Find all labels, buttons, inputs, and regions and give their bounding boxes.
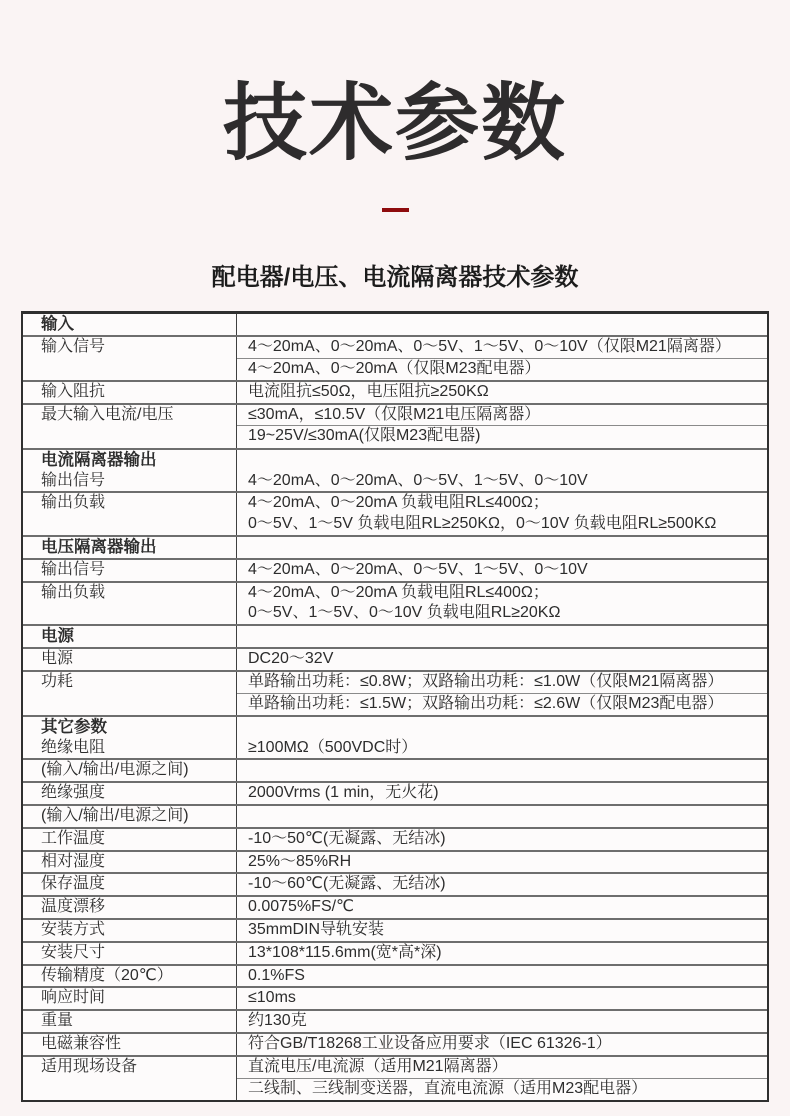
table-row: 输出信号4～20mA、0～20mA、0～5V、1～5V、0～10V: [23, 558, 767, 581]
table-row: 安装尺寸13*108*115.6mm(宽*高*深): [23, 941, 767, 964]
row-value: 0～5V、1～5V、0～10V 负载电阻RL≥20KΩ: [237, 603, 767, 624]
row-value: 电流阻抗≤50Ω，电压阻抗≥250KΩ: [237, 382, 767, 403]
row-value: 4～20mA、0～20mA、0～5V、1～5V、0～10V: [237, 560, 767, 581]
row-label: 输出信号: [41, 560, 232, 581]
row-value-cell: -10～50℃(无凝露、无结冰): [237, 829, 767, 850]
table-row: 传输精度（20℃）0.1%FS: [23, 964, 767, 987]
row-value: 13*108*115.6mm(宽*高*深): [237, 943, 767, 964]
row-value-cell: 25%～85%RH: [237, 852, 767, 873]
table-row: 输出负载4～20mA、0～20mA 负载电阻RL≤400Ω；0～5V、1～5V …: [23, 491, 767, 535]
row-value-cell: 0.0075%FS/℃: [237, 897, 767, 918]
table-row: 适用现场设备直流电压/电流源（适用M21隔离器）二线制、三线制变送器，直流电流源…: [23, 1055, 767, 1100]
row-value: [237, 626, 767, 647]
row-label-cell: 工作温度: [23, 829, 237, 850]
row-value-cell: DC20～32V: [237, 649, 767, 670]
row-label: 绝缘电阻: [41, 738, 232, 759]
row-value-cell: 电流阻抗≤50Ω，电压阻抗≥250KΩ: [237, 382, 767, 403]
row-value-cell: 4～20mA、0～20mA、0～5V、1～5V、0～10V: [237, 560, 767, 581]
row-label-cell: 输入: [23, 314, 237, 335]
row-value: 直流电压/电流源（适用M21隔离器）: [237, 1057, 767, 1078]
row-label: 温度漂移: [41, 897, 232, 918]
row-value-cell: 直流电压/电流源（适用M21隔离器）二线制、三线制变送器，直流电流源（适用M23…: [237, 1057, 767, 1100]
row-label-cell: 响应时间: [23, 988, 237, 1009]
row-value-cell: [237, 537, 767, 558]
row-label: 电磁兼容性: [41, 1034, 232, 1055]
row-label-cell: 保存温度: [23, 874, 237, 895]
row-label-cell: 最大输入电流/电压: [23, 405, 237, 448]
row-label: 相对湿度: [41, 852, 232, 873]
row-label-cell: 传输精度（20℃）: [23, 966, 237, 987]
row-value: 单路输出功耗：≤0.8W；双路输出功耗：≤1.0W（仅限M21隔离器）: [237, 672, 767, 693]
row-value: 4～20mA、0～20mA 负载电阻RL≤400Ω；: [237, 493, 767, 514]
row-value: [237, 314, 767, 335]
row-value: ≤10ms: [237, 988, 767, 1009]
row-label-cell: 输出信号: [23, 560, 237, 581]
table-row: 电源: [23, 624, 767, 647]
row-value-cell: 4～20mA、0～20mA 负载电阻RL≤400Ω；0～5V、1～5V 负载电阻…: [237, 493, 767, 535]
row-value-cell: [237, 314, 767, 335]
row-value: 25%～85%RH: [237, 852, 767, 873]
row-label: 输出负载: [41, 493, 232, 514]
row-value: ≤30mA，≤10.5V（仅限M21电压隔离器）: [237, 405, 767, 426]
row-label-cell: (输入/输出/电源之间): [23, 806, 237, 827]
row-value: 符合GB/T18268工业设备应用要求（IEC 61326-1）: [237, 1034, 767, 1055]
row-label-cell: 重量: [23, 1011, 237, 1032]
row-label-cell: 安装方式: [23, 920, 237, 941]
spec-table: 输入输入信号4～20mA、0～20mA、0～5V、1～5V、0～10V（仅限M2…: [21, 311, 769, 1102]
row-value-cell: 2000Vrms (1 min，无火花): [237, 783, 767, 804]
row-label-cell: 电流隔离器输出输出信号: [23, 450, 237, 492]
section-title: 输入: [41, 314, 232, 335]
row-label-cell: 温度漂移: [23, 897, 237, 918]
row-label-cell: 绝缘强度: [23, 783, 237, 804]
row-label: 响应时间: [41, 988, 232, 1009]
table-row: 其它参数绝缘电阻≥100MΩ（500VDC时）: [23, 715, 767, 759]
row-value: ≥100MΩ（500VDC时）: [237, 738, 767, 759]
table-row: 功耗单路输出功耗：≤0.8W；双路输出功耗：≤1.0W（仅限M21隔离器）单路输…: [23, 670, 767, 715]
row-value-cell: ≤30mA，≤10.5V（仅限M21电压隔离器）19~25V/≤30mA(仅限M…: [237, 405, 767, 448]
row-value: 约130克: [237, 1011, 767, 1032]
row-label-cell: 其它参数绝缘电阻: [23, 717, 237, 759]
row-label-cell: 适用现场设备: [23, 1057, 237, 1100]
row-label: 功耗: [41, 672, 232, 693]
table-row: 响应时间≤10ms: [23, 986, 767, 1009]
row-value-cell: 约130克: [237, 1011, 767, 1032]
row-label-cell: 输入信号: [23, 337, 237, 380]
row-label-cell: 相对湿度: [23, 852, 237, 873]
row-value-cell: 0.1%FS: [237, 966, 767, 987]
row-label-cell: (输入/输出/电源之间): [23, 760, 237, 781]
row-value-cell: 13*108*115.6mm(宽*高*深): [237, 943, 767, 964]
row-label: (输入/输出/电源之间): [41, 760, 232, 781]
row-value: 单路输出功耗：≤1.5W；双路输出功耗：≤2.6W（仅限M23配电器）: [237, 693, 767, 715]
table-row: 安装方式35mmDIN导轨安装: [23, 918, 767, 941]
row-label-cell: 电源: [23, 649, 237, 670]
table-row: 输入阻抗电流阻抗≤50Ω，电压阻抗≥250KΩ: [23, 380, 767, 403]
row-label: 输出信号: [41, 471, 232, 492]
row-label-cell: 功耗: [23, 672, 237, 715]
row-value: 0.0075%FS/℃: [237, 897, 767, 918]
table-row: (输入/输出/电源之间): [23, 758, 767, 781]
section-title: 其它参数: [41, 717, 232, 738]
row-label-cell: 输入阻抗: [23, 382, 237, 403]
row-value-cell: [237, 626, 767, 647]
row-label-cell: 电源: [23, 626, 237, 647]
row-label-cell: 输出负载: [23, 583, 237, 625]
table-row: 电压隔离器输出: [23, 535, 767, 558]
row-label: 安装尺寸: [41, 943, 232, 964]
row-value: 4～20mA、0～20mA 负载电阻RL≤400Ω；: [237, 583, 767, 604]
row-label: 重量: [41, 1011, 232, 1032]
row-value-cell: 35mmDIN导轨安装: [237, 920, 767, 941]
row-label: 传输精度（20℃）: [41, 966, 232, 987]
row-value-cell: 4～20mA、0～20mA、0～5V、1～5V、0～10V: [237, 450, 767, 492]
row-label: 安装方式: [41, 920, 232, 941]
row-value-cell: 单路输出功耗：≤0.8W；双路输出功耗：≤1.0W（仅限M21隔离器）单路输出功…: [237, 672, 767, 715]
row-value: [237, 806, 767, 827]
table-row: 重量约130克: [23, 1009, 767, 1032]
page-title: 技术参数: [0, 80, 790, 166]
table-row: 电磁兼容性符合GB/T18268工业设备应用要求（IEC 61326-1）: [23, 1032, 767, 1055]
row-value: 2000Vrms (1 min，无火花): [237, 783, 767, 804]
row-value: [237, 537, 767, 558]
row-value: -10～60℃(无凝露、无结冰): [237, 874, 767, 895]
row-value-cell: 符合GB/T18268工业设备应用要求（IEC 61326-1）: [237, 1034, 767, 1055]
row-label-cell: 电压隔离器输出: [23, 537, 237, 558]
table-row: 工作温度-10～50℃(无凝露、无结冰): [23, 827, 767, 850]
section-title: 电压隔离器输出: [41, 537, 232, 558]
row-value: 4～20mA、0～20mA（仅限M23配电器）: [237, 358, 767, 380]
row-value: [237, 760, 767, 781]
row-label: 保存温度: [41, 874, 232, 895]
row-label: 适用现场设备: [41, 1057, 232, 1078]
row-label-cell: 安装尺寸: [23, 943, 237, 964]
row-label: 电源: [41, 649, 232, 670]
row-value-cell: [237, 760, 767, 781]
row-label: 工作温度: [41, 829, 232, 850]
row-value-cell: [237, 806, 767, 827]
row-value-cell: 4～20mA、0～20mA、0～5V、1～5V、0～10V（仅限M21隔离器）4…: [237, 337, 767, 380]
row-value: 19~25V/≤30mA(仅限M23配电器): [237, 425, 767, 447]
table-caption: 配电器/电压、电流隔离器技术参数: [0, 264, 790, 292]
table-row: 电流隔离器输出输出信号4～20mA、0～20mA、0～5V、1～5V、0～10V: [23, 448, 767, 492]
row-label: 输入信号: [41, 337, 232, 358]
row-value-cell: ≥100MΩ（500VDC时）: [237, 717, 767, 759]
row-value: 35mmDIN导轨安装: [237, 920, 767, 941]
row-value: 0.1%FS: [237, 966, 767, 987]
row-value-cell: -10～60℃(无凝露、无结冰): [237, 874, 767, 895]
row-label: 最大输入电流/电压: [41, 405, 232, 426]
row-label: (输入/输出/电源之间): [41, 806, 232, 827]
table-row: 相对湿度25%～85%RH: [23, 850, 767, 873]
row-value-cell: 4～20mA、0～20mA 负载电阻RL≤400Ω；0～5V、1～5V、0～10…: [237, 583, 767, 625]
row-value: 二线制、三线制变送器，直流电流源（适用M23配电器）: [237, 1078, 767, 1100]
row-label-cell: 输出负载: [23, 493, 237, 535]
row-value: 0～5V、1～5V 负载电阻RL≥250KΩ，0～10V 负载电阻RL≥500K…: [237, 514, 767, 535]
table-row: (输入/输出/电源之间): [23, 804, 767, 827]
section-title: 电源: [41, 626, 232, 647]
row-label-cell: 电磁兼容性: [23, 1034, 237, 1055]
row-value: DC20～32V: [237, 649, 767, 670]
table-row: 最大输入电流/电压≤30mA，≤10.5V（仅限M21电压隔离器）19~25V/…: [23, 403, 767, 448]
table-row: 输入信号4～20mA、0～20mA、0～5V、1～5V、0～10V（仅限M21隔…: [23, 335, 767, 380]
page: 技术参数 配电器/电压、电流隔离器技术参数 输入输入信号4～20mA、0～20m…: [0, 80, 790, 1102]
table-row: 输出负载4～20mA、0～20mA 负载电阻RL≤400Ω；0～5V、1～5V、…: [23, 581, 767, 625]
accent-dash: [382, 208, 409, 212]
table-row: 输入: [23, 314, 767, 335]
section-title: 电流隔离器输出: [41, 450, 232, 471]
row-value-cell: ≤10ms: [237, 988, 767, 1009]
table-row: 温度漂移0.0075%FS/℃: [23, 895, 767, 918]
row-value: 4～20mA、0～20mA、0～5V、1～5V、0～10V（仅限M21隔离器）: [237, 337, 767, 358]
table-row: 保存温度-10～60℃(无凝露、无结冰): [23, 872, 767, 895]
row-label: 输入阻抗: [41, 382, 232, 403]
row-label: 输出负载: [41, 583, 232, 604]
table-row: 电源DC20～32V: [23, 647, 767, 670]
row-label: 绝缘强度: [41, 783, 232, 804]
row-value: 4～20mA、0～20mA、0～5V、1～5V、0～10V: [237, 471, 767, 492]
table-row: 绝缘强度2000Vrms (1 min，无火花): [23, 781, 767, 804]
row-value: -10～50℃(无凝露、无结冰): [237, 829, 767, 850]
